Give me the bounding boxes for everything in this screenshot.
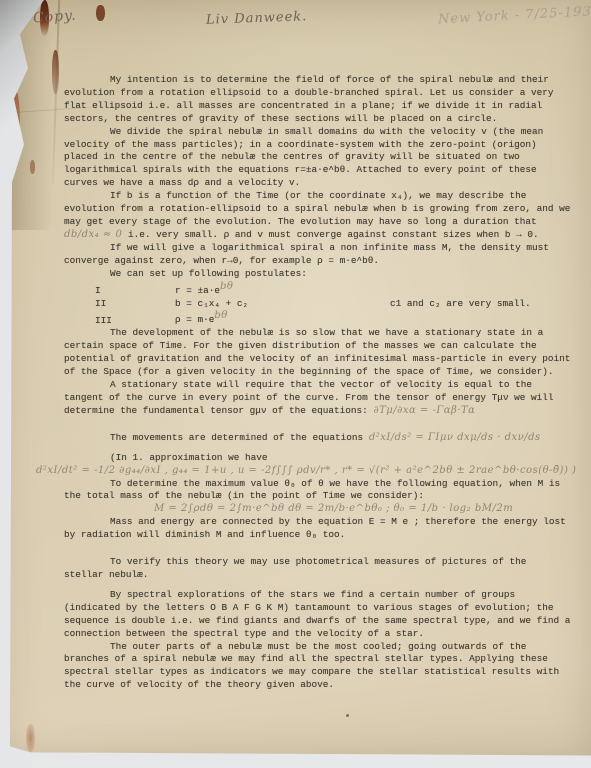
document-page: Copy. Liv Danweek. New York - 7/25-1938 … [0, 0, 591, 760]
postulate-numeral: II [95, 298, 175, 311]
paragraph-intention: My intention is to determine the field o… [64, 74, 571, 126]
handwritten-tensor-formula: ∂Tμ/∂xα = -Γαβ·Tα [373, 405, 475, 416]
rust-stain [52, 50, 59, 94]
paragraph-spectral: By spectral explorations of the stars we… [64, 589, 571, 641]
postulate-formula: b = c₁x₄ + c₂ [175, 298, 248, 309]
postulate-row-2: IIb = c₁x₄ + c₂c1 and c₂ are very small. [64, 298, 571, 311]
postulates-intro: We can set up following postulates: [64, 268, 571, 281]
handwritten-formula-db: db/dx₄ ≈ 0 [64, 229, 122, 240]
handwritten-superscript: bθ [220, 281, 233, 292]
postulate-numeral: I [95, 285, 175, 298]
photo-background: Copy. Liv Danweek. New York - 7/25-1938 … [0, 0, 591, 768]
rust-stain [30, 160, 35, 174]
paragraph-movements: The movements are determined of the equa… [64, 432, 571, 445]
paragraph-approximation: (In 1. approximation we have [64, 452, 571, 465]
typed-text: The movements are determined of the equa… [110, 432, 363, 443]
postulate-note: c1 and c₂ are very small. [390, 298, 531, 311]
paragraph-verify: To verify this theory we may use photome… [64, 556, 571, 582]
paragraph-divide-nebulae: We divide the spiral nebulæ in small dom… [64, 126, 571, 191]
handwritten-place-date: New York - 7/25-1938 [438, 4, 591, 28]
handwritten-copy-note: Copy. [32, 7, 77, 26]
postulate-formula: r = ±a·e [175, 285, 220, 296]
handwritten-approximation-formula: d²xI/dt² = -1/2 ∂g₄₄/∂xI , g₄₄ = 1+u , u… [36, 465, 571, 478]
postulate-numeral: III [95, 315, 175, 328]
postulate-row-1: Ir = ±a·ebθ [64, 281, 571, 298]
paragraph-stationary-state: A stationary state will require that the… [64, 379, 571, 418]
paragraph-outer-parts: The outer parts of a nebulæ must be the … [64, 641, 571, 693]
paragraph-logarithmical-mass: If we will give a logarithmical spiral a… [64, 242, 571, 268]
rust-stain [96, 5, 105, 21]
handwritten-name: Liv Danweek. [206, 9, 308, 28]
rust-stain [12, 92, 20, 166]
typed-text: i.e. very small. ρ and v must converge a… [128, 229, 539, 240]
handwritten-mass-formula: M = 2∫ρdθ = 2∫m·e^bθ dθ = 2m/b·e^bθ₀ ; θ… [64, 503, 571, 516]
paragraph-maximum-value: To determine the maximum value θ₀ of θ w… [64, 478, 571, 504]
postulate-row-3: IIIρ = m·ebθ [64, 310, 571, 327]
typed-body: My intention is to determine the field o… [64, 74, 571, 692]
handwritten-geodesic-formula: d²xI/ds² = ΓIμν dxμ/ds · dxν/ds [369, 432, 541, 443]
paragraph-time-function: If b is a function of the Time (or the c… [64, 190, 571, 242]
handwritten-superscript: bθ [214, 310, 227, 321]
typed-text: If b is a function of the Time (or the c… [64, 190, 570, 227]
typed-text: A stationary state will require that the… [64, 379, 553, 416]
paper-speck [346, 714, 349, 717]
paragraph-mass-energy: Mass and energy are connected by the equ… [64, 516, 571, 542]
rust-stain [26, 724, 35, 752]
paragraph-development: The development of the nebulæ is so slow… [64, 327, 571, 379]
postulate-formula: ρ = m·e [175, 315, 214, 326]
